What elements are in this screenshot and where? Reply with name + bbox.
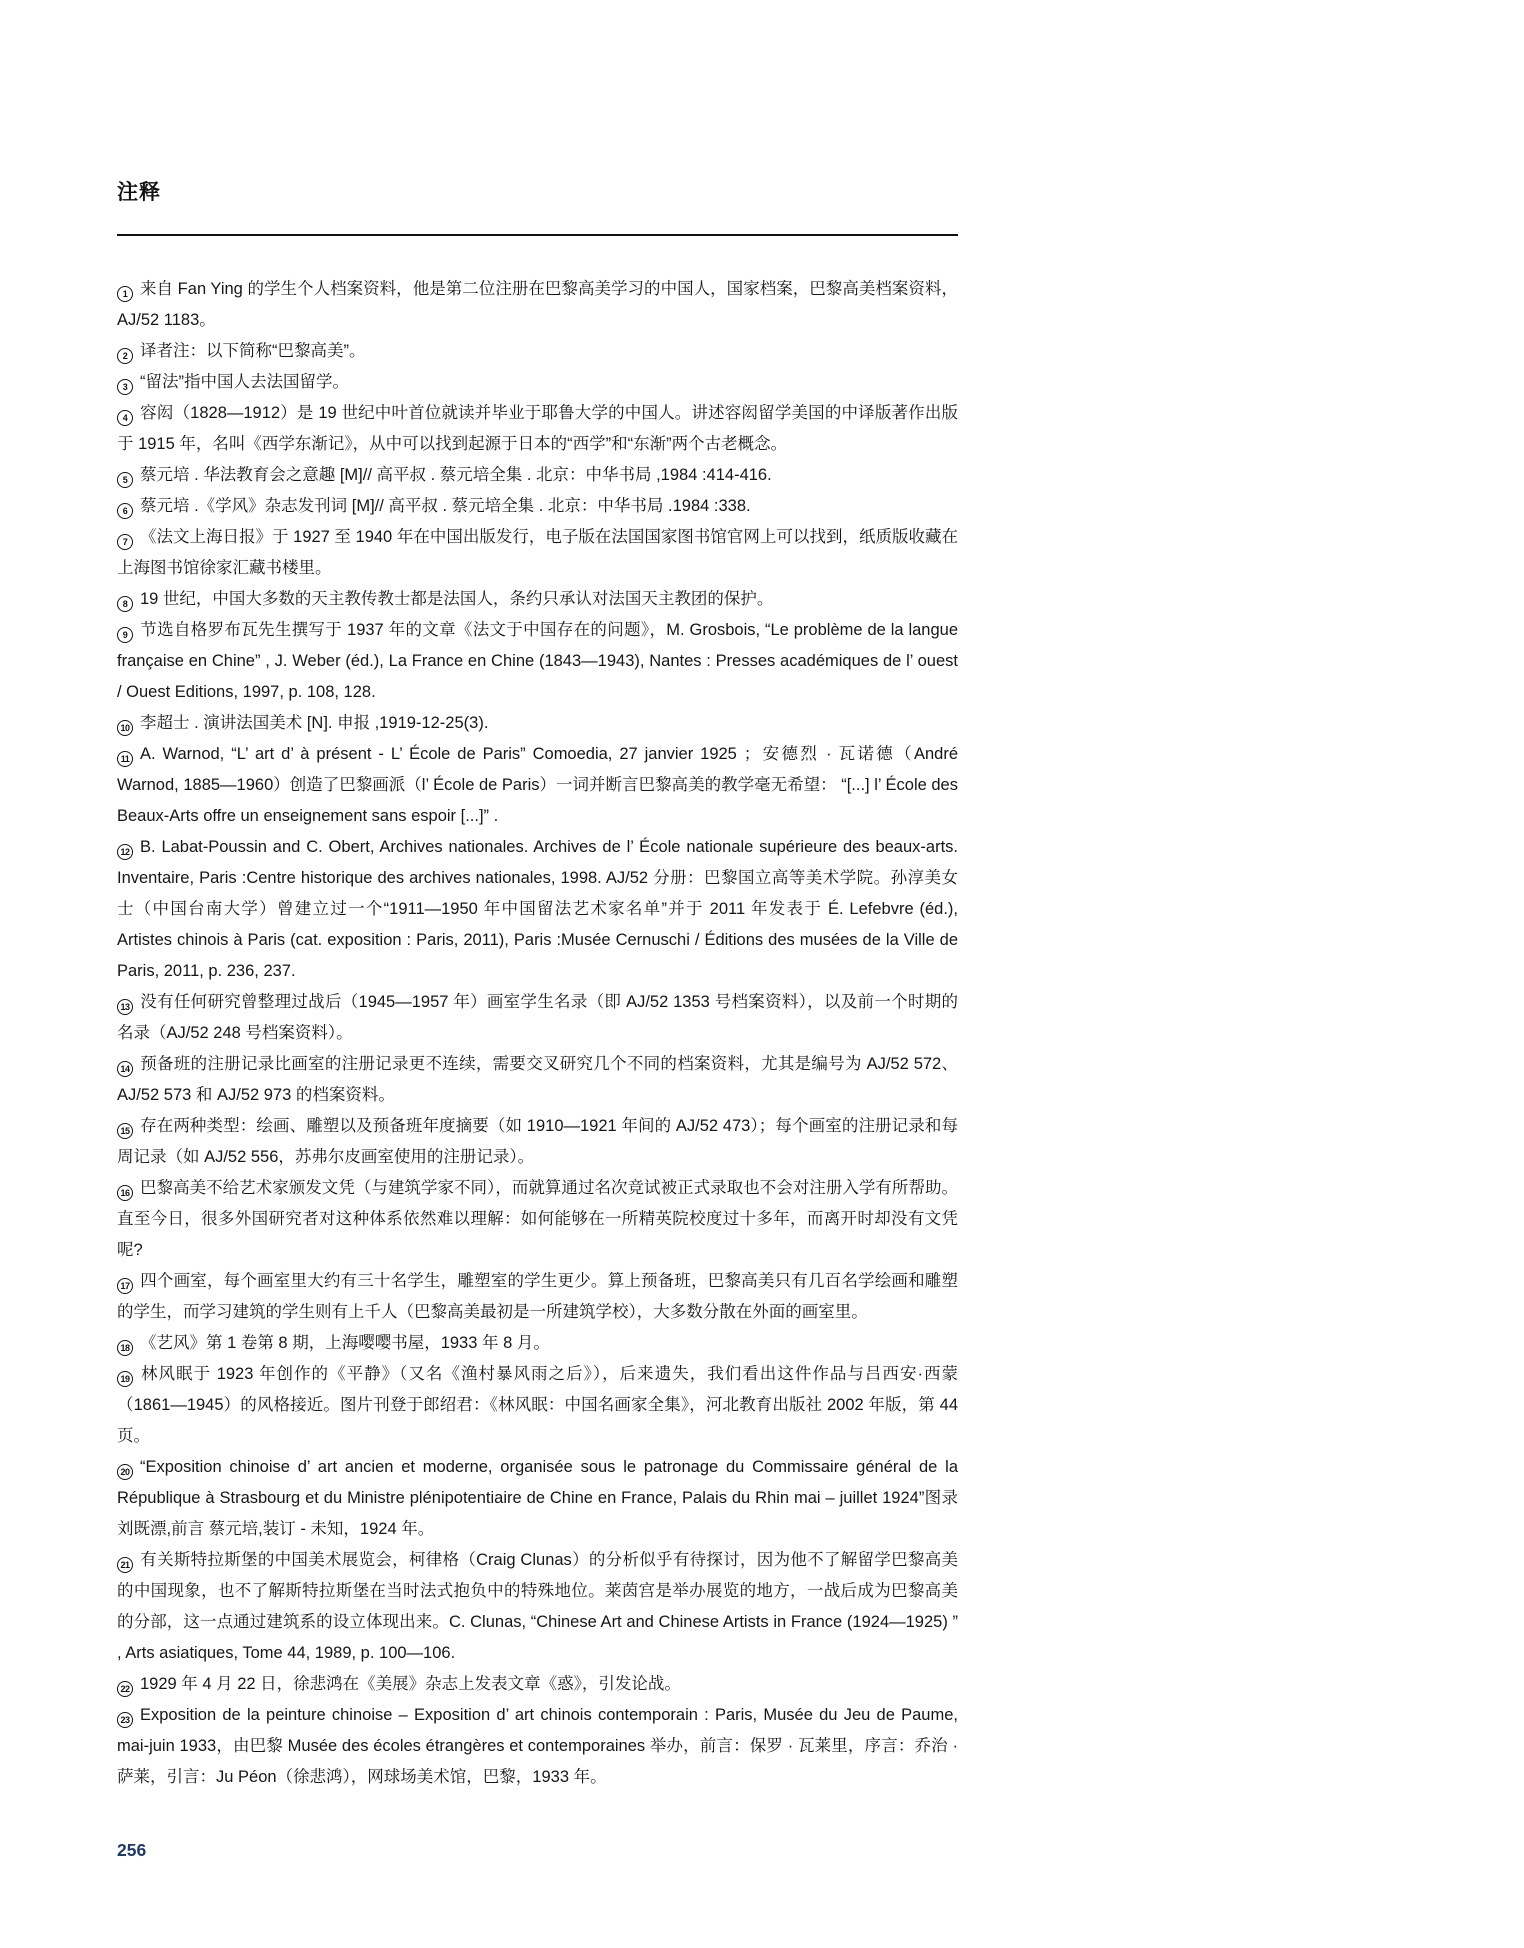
note-number-badge: 22 [117,1681,133,1697]
note-text: 李超士 . 演讲法国美术 [N]. 申报 ,1919-12-25(3). [140,714,488,732]
note-item: 20“Exposition chinoise d’ art ancien et … [117,1452,958,1545]
note-item: 4容闳（1828—1912）是 19 世纪中叶首位就读并毕业于耶鲁大学的中国人。… [117,398,958,460]
page-number: 256 [117,1840,146,1861]
note-number-badge: 4 [117,410,133,426]
note-text: A. Warnod, “L’ art d’ à présent - L’ Éco… [117,745,958,825]
note-text: 没有任何研究曾整理过战后（1945—1957 年）画室学生名录（即 AJ/52 … [117,993,958,1042]
note-item: 3“留法”指中国人去法国留学。 [117,367,958,398]
note-text: 林风眠于 1923 年创作的《平静》（又名《渔村暴风雨之后》），后来遗失，我们看… [117,1365,958,1445]
note-number-badge: 16 [117,1185,133,1201]
note-text: 来自 Fan Ying 的学生个人档案资料，他是第二位注册在巴黎高美学习的中国人… [117,280,958,329]
note-number-badge: 2 [117,348,133,364]
note-item: 18《艺风》第 1 卷第 8 期，上海嘤嘤书屋，1933 年 8 月。 [117,1328,958,1359]
note-number-badge: 21 [117,1557,133,1573]
note-text: 蔡元培 .《学风》杂志发刊词 [M]// 高平叔 . 蔡元培全集 . 北京：中华… [140,497,751,515]
note-number-badge: 13 [117,999,133,1015]
note-item: 11A. Warnod, “L’ art d’ à présent - L’ É… [117,739,958,832]
note-item: 1来自 Fan Ying 的学生个人档案资料，他是第二位注册在巴黎高美学习的中国… [117,274,958,336]
note-number-badge: 8 [117,596,133,612]
note-item: 10李超士 . 演讲法国美术 [N]. 申报 ,1919-12-25(3). [117,708,958,739]
note-text: 四个画室，每个画室里大约有三十名学生，雕塑室的学生更少。算上预备班，巴黎高美只有… [117,1272,958,1321]
note-number-badge: 17 [117,1278,133,1294]
note-item: 221929 年 4 月 22 日，徐悲鸿在《美展》杂志上发表文章《惑》，引发论… [117,1669,958,1700]
note-item: 12B. Labat-Poussin and C. Obert, Archive… [117,832,958,987]
note-item: 6蔡元培 .《学风》杂志发刊词 [M]// 高平叔 . 蔡元培全集 . 北京：中… [117,491,958,522]
note-item: 16巴黎高美不给艺术家颁发文凭（与建筑学家不同），而就算通过名次竞试被正式录取也… [117,1173,958,1266]
note-number-badge: 6 [117,503,133,519]
note-text: “Exposition chinoise d’ art ancien et mo… [117,1458,958,1538]
note-text: 蔡元培 . 华法教育会之意趣 [M]// 高平叔 . 蔡元培全集 . 北京：中华… [140,466,772,484]
note-number-badge: 23 [117,1712,133,1728]
note-number-badge: 14 [117,1061,133,1077]
note-number-badge: 20 [117,1464,133,1480]
note-number-badge: 18 [117,1340,133,1356]
note-text: 《法文上海日报》于 1927 至 1940 年在中国出版发行，电子版在法国国家图… [117,528,958,577]
note-text: 19 世纪，中国大多数的天主教传教士都是法国人，条约只承认对法国天主教团的保护。 [140,590,773,608]
note-number-badge: 1 [117,286,133,302]
note-item: 7《法文上海日报》于 1927 至 1940 年在中国出版发行，电子版在法国国家… [117,522,958,584]
note-number-badge: 19 [117,1371,133,1387]
notes-list: 1来自 Fan Ying 的学生个人档案资料，他是第二位注册在巴黎高美学习的中国… [117,274,958,1793]
note-text: 有关斯特拉斯堡的中国美术展览会，柯律格（Craig Clunas）的分析似乎有待… [117,1551,958,1662]
title-divider [117,234,958,236]
note-item: 9节选自格罗布瓦先生撰写于 1937 年的文章《法文于中国存在的问题》，M. G… [117,615,958,708]
note-number-badge: 5 [117,472,133,488]
note-text: 容闳（1828—1912）是 19 世纪中叶首位就读并毕业于耶鲁大学的中国人。讲… [117,404,958,453]
note-item: 19林风眠于 1923 年创作的《平静》（又名《渔村暴风雨之后》），后来遗失，我… [117,1359,958,1452]
note-text: 1929 年 4 月 22 日，徐悲鸿在《美展》杂志上发表文章《惑》，引发论战。 [140,1675,681,1693]
note-number-badge: 12 [117,844,133,860]
note-number-badge: 3 [117,379,133,395]
note-text: 预备班的注册记录比画室的注册记录更不连续，需要交叉研究几个不同的档案资料，尤其是… [117,1055,958,1104]
note-number-badge: 11 [117,751,133,767]
note-item: 2译者注：以下简称“巴黎高美”。 [117,336,958,367]
note-text: 译者注：以下简称“巴黎高美”。 [140,342,366,360]
note-number-badge: 10 [117,720,133,736]
note-text: 存在两种类型：绘画、雕塑以及预备班年度摘要（如 1910—1921 年间的 AJ… [117,1117,958,1166]
note-text: 《艺风》第 1 卷第 8 期，上海嘤嘤书屋，1933 年 8 月。 [140,1334,550,1352]
note-item: 17四个画室，每个画室里大约有三十名学生，雕塑室的学生更少。算上预备班，巴黎高美… [117,1266,958,1328]
note-number-badge: 15 [117,1123,133,1139]
note-item: 15存在两种类型：绘画、雕塑以及预备班年度摘要（如 1910—1921 年间的 … [117,1111,958,1173]
note-text: 巴黎高美不给艺术家颁发文凭（与建筑学家不同），而就算通过名次竞试被正式录取也不会… [117,1179,958,1259]
note-item: 21有关斯特拉斯堡的中国美术展览会，柯律格（Craig Clunas）的分析似乎… [117,1545,958,1669]
note-number-badge: 9 [117,627,133,643]
note-text: Exposition de la peinture chinoise – Exp… [117,1706,958,1786]
note-text: B. Labat-Poussin and C. Obert, Archives … [117,838,958,980]
note-item: 13没有任何研究曾整理过战后（1945—1957 年）画室学生名录（即 AJ/5… [117,987,958,1049]
note-item: 14预备班的注册记录比画室的注册记录更不连续，需要交叉研究几个不同的档案资料，尤… [117,1049,958,1111]
page-title: 注释 [117,176,161,206]
note-item: 23Exposition de la peinture chinoise – E… [117,1700,958,1793]
note-item: 5蔡元培 . 华法教育会之意趣 [M]// 高平叔 . 蔡元培全集 . 北京：中… [117,460,958,491]
note-number-badge: 7 [117,534,133,550]
note-text: 节选自格罗布瓦先生撰写于 1937 年的文章《法文于中国存在的问题》，M. Gr… [117,621,958,701]
note-item: 819 世纪，中国大多数的天主教传教士都是法国人，条约只承认对法国天主教团的保护… [117,584,958,615]
note-text: “留法”指中国人去法国留学。 [140,373,349,391]
